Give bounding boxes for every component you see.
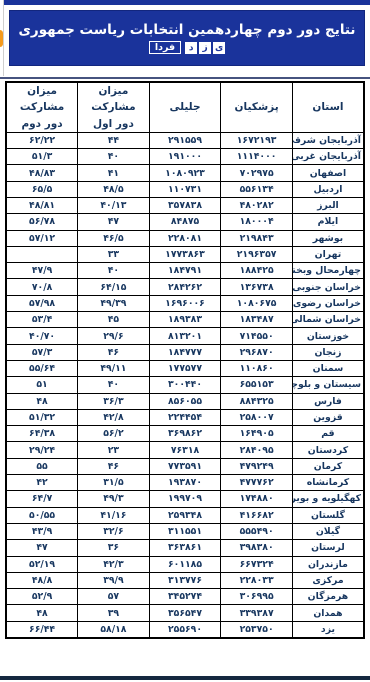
- round2-turnout-cell: ۴۸/۸۳: [6, 165, 78, 181]
- round2-turnout-cell: ۲۹/۲۴: [6, 442, 78, 458]
- province-cell: گلستان: [292, 507, 364, 523]
- round1-turnout-cell: ۳۱/۵: [78, 475, 150, 491]
- round2-turnout-cell: ۷۰/۸: [6, 279, 78, 295]
- round2-turnout-cell: ۵۱: [6, 377, 78, 393]
- column-header-round2-turnout: میزان مشارکت دور دوم: [6, 82, 78, 132]
- round1-turnout-cell: ۴۰: [78, 149, 150, 165]
- round2-turnout-cell: ۵۷/۱۲: [6, 230, 78, 246]
- results-table: استان پزشکیان جلیلی میزان مشارکت دور اول…: [5, 81, 365, 639]
- round1-turnout-cell: ۴۸/۵: [78, 181, 150, 197]
- province-cell: سیستان و بلوچستان: [292, 377, 364, 393]
- round2-turnout-cell: ۵۱/۳۲: [6, 409, 78, 425]
- round2-turnout-cell: ۵۵/۶۴: [6, 360, 78, 376]
- round1-turnout-cell: ۵۷: [78, 589, 150, 605]
- round2-turnout-cell: ۵۵: [6, 458, 78, 474]
- province-cell: فارس: [292, 393, 364, 409]
- jalili-votes-cell: ۳۴۵۲۷۴: [149, 589, 221, 605]
- pezeshkian-votes-cell: ۲۱۹۸۴۳: [221, 230, 293, 246]
- column-header-province: استان: [292, 82, 364, 132]
- table-row: آذربایجان شرقی۱۶۷۲۱۹۳۲۹۱۵۵۹۴۴۶۲/۲۲: [6, 132, 364, 148]
- pezeshkian-votes-cell: ۸۸۴۳۲۵: [221, 393, 293, 409]
- province-cell: کرمان: [292, 458, 364, 474]
- jalili-votes-cell: ۳۰۰۴۴۰: [149, 377, 221, 393]
- jalili-votes-cell: ۲۵۵۶۹۰: [149, 621, 221, 637]
- province-cell: آذربایجان غربی: [292, 149, 364, 165]
- jalili-votes-cell: ۷۷۳۵۹۱: [149, 458, 221, 474]
- round1-turnout-cell: ۳۲/۶: [78, 523, 150, 539]
- round1-turnout-cell: ۴۱: [78, 165, 150, 181]
- pezeshkian-votes-cell: ۱۶۷۲۱۹۳: [221, 132, 293, 148]
- round1-turnout-cell: ۴۰: [78, 377, 150, 393]
- table-row: کرمان۴۷۹۲۴۹۷۷۳۵۹۱۴۶۵۵: [6, 458, 364, 474]
- province-cell: کهگیلویه و بویراحمد: [292, 491, 364, 507]
- pezeshkian-votes-cell: ۲۱۹۶۳۵۷: [221, 246, 293, 262]
- table-row: لرستان۳۹۸۳۸۰۳۶۳۸۶۱۳۶۴۷: [6, 540, 364, 556]
- table-row: خراسان شمالی۱۸۳۴۸۷۱۸۹۳۸۳۴۵۵۳/۴: [6, 312, 364, 328]
- province-cell: همدان: [292, 605, 364, 621]
- province-cell: یزد: [292, 621, 364, 637]
- pezeshkian-votes-cell: ۳۹۸۳۸۰: [221, 540, 293, 556]
- round1-turnout-cell: ۵۶/۲: [78, 426, 150, 442]
- table-row: زنجان۲۹۶۸۷۰۱۸۴۷۷۷۴۶۵۷/۳: [6, 344, 364, 360]
- pezeshkian-votes-cell: ۲۹۶۸۷۰: [221, 344, 293, 360]
- table-row: خراسان جنوبی۱۳۶۷۳۸۲۸۴۲۶۲۶۴/۱۵۷۰/۸: [6, 279, 364, 295]
- province-cell: کردستان: [292, 442, 364, 458]
- separator-line: [0, 77, 370, 79]
- table-row: بوشهر۲۱۹۸۴۳۲۲۸۰۸۱۴۶/۵۵۷/۱۲: [6, 230, 364, 246]
- jalili-votes-cell: ۱۰۸۰۹۲۳: [149, 165, 221, 181]
- pezeshkian-votes-cell: ۱۷۴۸۸۰: [221, 491, 293, 507]
- round1-turnout-cell: ۴۰: [78, 263, 150, 279]
- table-row: خراسان رضوی۱۰۸۰۶۷۵۱۶۹۶۰۰۶۴۹/۳۹۵۷/۹۸: [6, 295, 364, 311]
- jalili-votes-cell: ۳۱۳۷۷۶: [149, 572, 221, 588]
- table-row: خوزستان۷۱۴۵۵۰۸۱۳۲۰۱۲۹/۶۴۰/۷۰: [6, 328, 364, 344]
- pezeshkian-votes-cell: ۴۸۰۲۸۲: [221, 197, 293, 213]
- round2-turnout-cell: ۴۷/۹: [6, 263, 78, 279]
- province-cell: لرستان: [292, 540, 364, 556]
- table-row: فارس۸۸۴۳۲۵۸۵۶۰۵۵۳۶/۳۴۸: [6, 393, 364, 409]
- round2-turnout-cell: ۵۷/۹۸: [6, 295, 78, 311]
- logo-letter-dal: د: [185, 42, 197, 54]
- table-row: اردبیل۵۵۶۱۳۴۱۱۰۷۳۱۴۸/۵۶۵/۵: [6, 181, 364, 197]
- jalili-votes-cell: ۳۶۹۸۶۲: [149, 426, 221, 442]
- pezeshkian-votes-cell: ۲۸۴۰۹۵: [221, 442, 293, 458]
- table-row: مازندران۶۶۷۳۲۴۶۰۱۱۸۵۴۲/۳۵۲/۱۹: [6, 556, 364, 572]
- table-row: سمنان۱۱۰۸۶۰۱۷۷۵۷۷۴۹/۱۱۵۵/۶۴: [6, 360, 364, 376]
- round2-turnout-cell: ۶۴/۷: [6, 491, 78, 507]
- header-row: استان پزشکیان جلیلی میزان مشارکت دور اول…: [6, 82, 364, 132]
- top-accent-bar: [3, 0, 370, 5]
- jalili-votes-cell: ۲۲۴۴۵۴: [149, 409, 221, 425]
- pezeshkian-votes-cell: ۱۱۰۸۶۰: [221, 360, 293, 376]
- round2-turnout-cell: ۵۰/۵۵: [6, 507, 78, 523]
- column-header-jalili: جلیلی: [149, 82, 221, 132]
- round1-turnout-cell: ۴۵: [78, 312, 150, 328]
- round2-turnout-cell: ۵۷/۳: [6, 344, 78, 360]
- pezeshkian-votes-cell: ۲۵۸۰۰۷: [221, 409, 293, 425]
- results-table-header: استان پزشکیان جلیلی میزان مشارکت دور اول…: [6, 82, 364, 132]
- province-cell: گیلان: [292, 523, 364, 539]
- round2-turnout-cell: ۵۳/۴: [6, 312, 78, 328]
- province-cell: چهارمحال وبختیاری: [292, 263, 364, 279]
- province-cell: کرمانشاه: [292, 475, 364, 491]
- pezeshkian-votes-cell: ۲۵۳۷۵۰: [221, 621, 293, 637]
- footer-bar: [0, 676, 370, 680]
- jalili-votes-cell: ۳۶۳۸۶۱: [149, 540, 221, 556]
- province-cell: اردبیل: [292, 181, 364, 197]
- table-row: سیستان و بلوچستان۶۵۵۱۵۳۳۰۰۴۴۰۴۰۵۱: [6, 377, 364, 393]
- logo-letter-ze: ز: [199, 42, 211, 54]
- jalili-votes-cell: ۸۴۸۷۵: [149, 214, 221, 230]
- results-tbody: آذربایجان شرقی۱۶۷۲۱۹۳۲۹۱۵۵۹۴۴۶۲/۲۲آذربای…: [6, 132, 364, 637]
- jalili-votes-cell: ۸۱۳۲۰۱: [149, 328, 221, 344]
- pezeshkian-votes-cell: ۳۳۹۳۸۷: [221, 605, 293, 621]
- jalili-votes-cell: ۲۸۴۲۶۲: [149, 279, 221, 295]
- province-cell: زنجان: [292, 344, 364, 360]
- table-row: کردستان۲۸۴۰۹۵۷۶۳۱۸۲۳۲۹/۲۴: [6, 442, 364, 458]
- round2-turnout-cell: ۶۲/۲۲: [6, 132, 78, 148]
- jalili-votes-cell: ۱۷۷۳۸۶۳: [149, 246, 221, 262]
- province-cell: آذربایجان شرقی: [292, 132, 364, 148]
- round2-turnout-cell: ۴۸: [6, 605, 78, 621]
- pezeshkian-votes-cell: ۷۰۲۹۷۵: [221, 165, 293, 181]
- province-cell: خراسان شمالی: [292, 312, 364, 328]
- pezeshkian-votes-cell: ۱۰۸۰۶۷۵: [221, 295, 293, 311]
- province-cell: مرکزی: [292, 572, 364, 588]
- round1-turnout-cell: ۴۹/۱۱: [78, 360, 150, 376]
- round1-turnout-cell: ۳۶/۳: [78, 393, 150, 409]
- round1-turnout-cell: ۳۹/۹: [78, 572, 150, 588]
- round1-turnout-cell: ۴۷: [78, 214, 150, 230]
- jalili-votes-cell: ۱۸۴۷۷۷: [149, 344, 221, 360]
- pezeshkian-votes-cell: ۷۱۴۵۵۰: [221, 328, 293, 344]
- round1-turnout-cell: ۳۳: [78, 246, 150, 262]
- table-row: گیلان۵۵۵۴۹۰۳۱۱۵۵۱۳۲/۶۴۳/۹: [6, 523, 364, 539]
- table-row: ایلام۱۸۰۰۰۴۸۴۸۷۵۴۷۵۶/۷۸: [6, 214, 364, 230]
- jalili-votes-cell: ۳۵۶۵۴۷: [149, 605, 221, 621]
- pezeshkian-votes-cell: ۳۰۶۹۹۵: [221, 589, 293, 605]
- pezeshkian-votes-cell: ۴۷۷۷۶۲: [221, 475, 293, 491]
- column-header-round1-turnout: میزان مشارکت دور اول: [78, 82, 150, 132]
- pezeshkian-votes-cell: ۱۸۸۴۲۵: [221, 263, 293, 279]
- round1-turnout-cell: ۳۶: [78, 540, 150, 556]
- jalili-votes-cell: ۱۹۹۷۰۹: [149, 491, 221, 507]
- orange-edge-icon: [0, 30, 3, 47]
- column-header-pezeshkian: پزشکیان: [221, 82, 293, 132]
- jalili-votes-cell: ۱۸۴۷۹۱: [149, 263, 221, 279]
- round1-turnout-cell: ۶۴/۱۵: [78, 279, 150, 295]
- jalili-votes-cell: ۳۱۱۵۵۱: [149, 523, 221, 539]
- round1-turnout-cell: ۳۹: [78, 605, 150, 621]
- jalili-votes-cell: ۲۵۹۳۴۸: [149, 507, 221, 523]
- round1-turnout-cell: ۴۶: [78, 344, 150, 360]
- province-cell: البرز: [292, 197, 364, 213]
- logo-letter-ye: ی: [213, 42, 225, 54]
- site-logo[interactable]: ی ز د فردا: [149, 41, 225, 54]
- round2-turnout-cell: [6, 246, 78, 262]
- jalili-votes-cell: ۳۵۷۸۳۸: [149, 197, 221, 213]
- pezeshkian-votes-cell: ۱۸۳۴۸۷: [221, 312, 293, 328]
- province-cell: سمنان: [292, 360, 364, 376]
- round2-turnout-cell: ۵۱/۳: [6, 149, 78, 165]
- province-cell: خراسان جنوبی: [292, 279, 364, 295]
- round1-turnout-cell: ۴۲/۸: [78, 409, 150, 425]
- left-edge-strip: [0, 0, 4, 76]
- round1-turnout-cell: ۴۴: [78, 132, 150, 148]
- pezeshkian-votes-cell: ۵۵۵۴۹۰: [221, 523, 293, 539]
- table-row: قزوین۲۵۸۰۰۷۲۲۴۴۵۴۴۲/۸۵۱/۳۲: [6, 409, 364, 425]
- province-cell: قزوین: [292, 409, 364, 425]
- pezeshkian-votes-cell: ۱۳۶۷۳۸: [221, 279, 293, 295]
- pezeshkian-votes-cell: ۶۶۷۳۲۴: [221, 556, 293, 572]
- province-cell: خراسان رضوی: [292, 295, 364, 311]
- jalili-votes-cell: ۲۹۱۵۵۹: [149, 132, 221, 148]
- pezeshkian-votes-cell: ۱۸۰۰۰۴: [221, 214, 293, 230]
- table-row: البرز۴۸۰۲۸۲۳۵۷۸۳۸۴۰/۱۳۴۸/۸۱: [6, 197, 364, 213]
- pezeshkian-votes-cell: ۴۷۹۲۴۹: [221, 458, 293, 474]
- table-row: کرمانشاه۴۷۷۷۶۲۱۹۳۸۷۰۳۱/۵۴۲: [6, 475, 364, 491]
- round2-turnout-cell: ۶۵/۵: [6, 181, 78, 197]
- round2-turnout-cell: ۴۷: [6, 540, 78, 556]
- page-title: نتایج دور دوم چهاردهمین انتخابات ریاست ج…: [19, 22, 356, 39]
- jalili-votes-cell: ۱۹۳۸۷۰: [149, 475, 221, 491]
- table-row: چهارمحال وبختیاری۱۸۸۴۲۵۱۸۴۷۹۱۴۰۴۷/۹: [6, 263, 364, 279]
- logo-word-farda: فردا: [149, 41, 181, 54]
- round1-turnout-cell: ۴۰/۱۳: [78, 197, 150, 213]
- table-row: کهگیلویه و بویراحمد۱۷۴۸۸۰۱۹۹۷۰۹۴۹/۳۶۴/۷: [6, 491, 364, 507]
- province-cell: مازندران: [292, 556, 364, 572]
- province-cell: قم: [292, 426, 364, 442]
- jalili-votes-cell: ۲۲۸۰۸۱: [149, 230, 221, 246]
- round2-turnout-cell: ۵۲/۹: [6, 589, 78, 605]
- pezeshkian-votes-cell: ۱۶۴۹۰۵: [221, 426, 293, 442]
- jalili-votes-cell: ۱۱۰۷۳۱: [149, 181, 221, 197]
- province-cell: اصفهان: [292, 165, 364, 181]
- round1-turnout-cell: ۴۲/۳: [78, 556, 150, 572]
- jalili-votes-cell: ۸۵۶۰۵۵: [149, 393, 221, 409]
- province-cell: ایلام: [292, 214, 364, 230]
- jalili-votes-cell: ۱۸۹۳۸۳: [149, 312, 221, 328]
- pezeshkian-votes-cell: ۵۵۶۱۳۴: [221, 181, 293, 197]
- table-row: همدان۳۳۹۳۸۷۳۵۶۵۴۷۳۹۴۸: [6, 605, 364, 621]
- round1-turnout-cell: ۴۹/۳: [78, 491, 150, 507]
- table-row: یزد۲۵۳۷۵۰۲۵۵۶۹۰۵۸/۱۸۶۶/۴۴: [6, 621, 364, 637]
- round1-turnout-cell: ۴۱/۱۶: [78, 507, 150, 523]
- round2-turnout-cell: ۴۲: [6, 475, 78, 491]
- pezeshkian-votes-cell: ۶۵۵۱۵۳: [221, 377, 293, 393]
- round2-turnout-cell: ۴۸: [6, 393, 78, 409]
- table-row: تهران۲۱۹۶۳۵۷۱۷۷۳۸۶۳۳۳: [6, 246, 364, 262]
- jalili-votes-cell: ۱۷۷۵۷۷: [149, 360, 221, 376]
- round2-turnout-cell: ۴۳/۹: [6, 523, 78, 539]
- province-cell: خوزستان: [292, 328, 364, 344]
- page: نتایج دور دوم چهاردهمین انتخابات ریاست ج…: [0, 0, 370, 682]
- pezeshkian-votes-cell: ۱۱۱۴۰۰۰: [221, 149, 293, 165]
- round1-turnout-cell: ۴۶/۵: [78, 230, 150, 246]
- round1-turnout-cell: ۴۹/۳۹: [78, 295, 150, 311]
- province-cell: تهران: [292, 246, 364, 262]
- title-banner: نتایج دور دوم چهاردهمین انتخابات ریاست ج…: [9, 10, 365, 66]
- province-cell: هرمزگان: [292, 589, 364, 605]
- jalili-votes-cell: ۱۹۱۰۰۰: [149, 149, 221, 165]
- jalili-votes-cell: ۷۶۳۱۸: [149, 442, 221, 458]
- round2-turnout-cell: ۵۲/۱۹: [6, 556, 78, 572]
- table-row: آذربایجان غربی۱۱۱۴۰۰۰۱۹۱۰۰۰۴۰۵۱/۳: [6, 149, 364, 165]
- pezeshkian-votes-cell: ۲۲۸۰۳۳: [221, 572, 293, 588]
- table-row: هرمزگان۳۰۶۹۹۵۳۴۵۲۷۴۵۷۵۲/۹: [6, 589, 364, 605]
- round2-turnout-cell: ۴۸/۸: [6, 572, 78, 588]
- round2-turnout-cell: ۶۴/۳۸: [6, 426, 78, 442]
- province-cell: بوشهر: [292, 230, 364, 246]
- pezeshkian-votes-cell: ۴۱۶۶۸۲: [221, 507, 293, 523]
- table-row: اصفهان۷۰۲۹۷۵۱۰۸۰۹۲۳۴۱۴۸/۸۳: [6, 165, 364, 181]
- round2-turnout-cell: ۴۸/۸۱: [6, 197, 78, 213]
- jalili-votes-cell: ۶۰۱۱۸۵: [149, 556, 221, 572]
- round2-turnout-cell: ۴۰/۷۰: [6, 328, 78, 344]
- round1-turnout-cell: ۵۸/۱۸: [78, 621, 150, 637]
- round1-turnout-cell: ۴۶: [78, 458, 150, 474]
- jalili-votes-cell: ۱۶۹۶۰۰۶: [149, 295, 221, 311]
- round1-turnout-cell: ۲۳: [78, 442, 150, 458]
- table-row: مرکزی۲۲۸۰۳۳۳۱۳۷۷۶۳۹/۹۴۸/۸: [6, 572, 364, 588]
- round2-turnout-cell: ۶۶/۴۴: [6, 621, 78, 637]
- table-row: گلستان۴۱۶۶۸۲۲۵۹۳۴۸۴۱/۱۶۵۰/۵۵: [6, 507, 364, 523]
- table-row: قم۱۶۴۹۰۵۳۶۹۸۶۲۵۶/۲۶۴/۳۸: [6, 426, 364, 442]
- round2-turnout-cell: ۵۶/۷۸: [6, 214, 78, 230]
- round1-turnout-cell: ۲۹/۶: [78, 328, 150, 344]
